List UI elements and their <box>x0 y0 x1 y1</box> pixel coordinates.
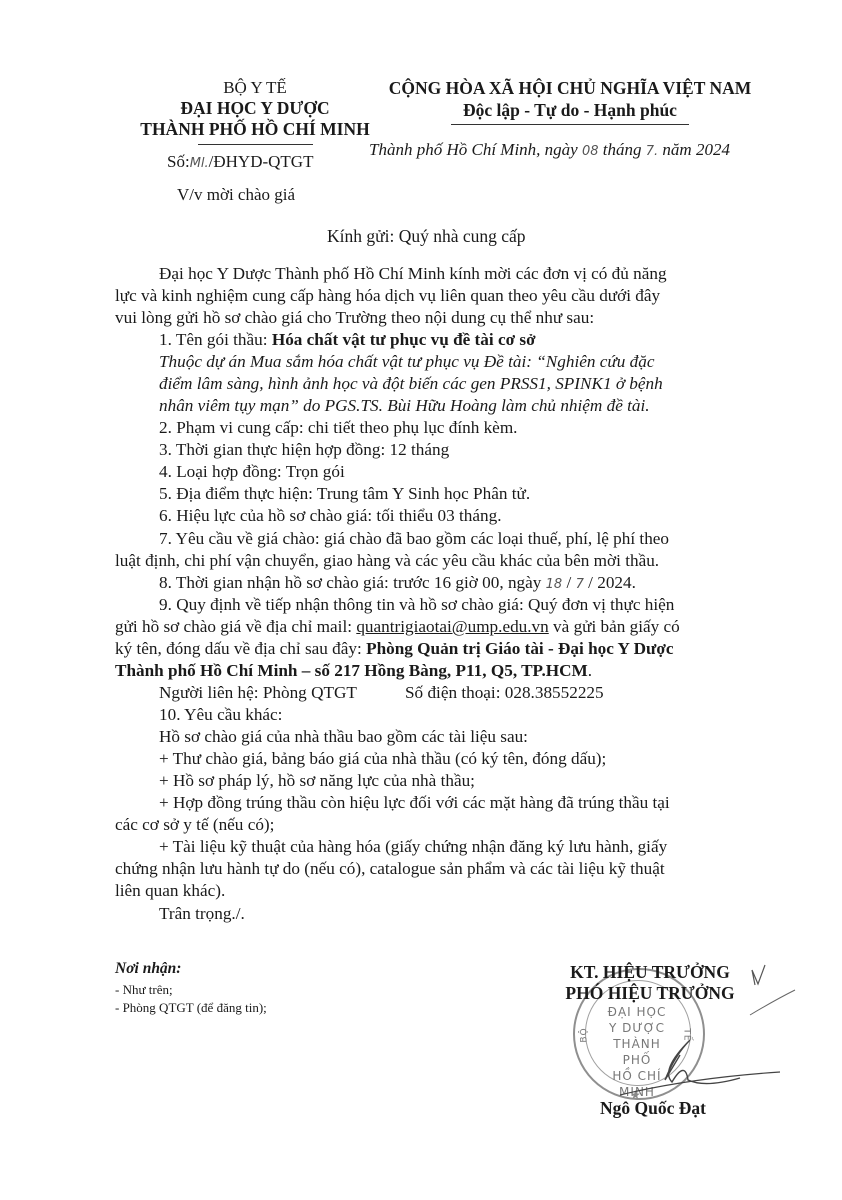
item-7-line-2: luật định, chi phí vận chuyển, giao hàng… <box>115 551 659 570</box>
address-street: Thành phố Hồ Chí Minh – số 217 Hồng Bàng… <box>115 661 588 680</box>
intro-line-1: Đại học Y Dược Thành phố Hồ Chí Minh kín… <box>159 264 667 283</box>
handwritten-number: Ml. <box>190 156 209 171</box>
country-name: CỘNG HÒA XÃ HỘI CHỦ NGHĨA VIỆT NAM <box>360 78 780 99</box>
motto-underline <box>451 124 689 125</box>
item-8: 8. Thời gian nhận hồ sơ chào giá: trước … <box>159 573 636 594</box>
header-right: CỘNG HÒA XÃ HỘI CHỦ NGHĨA VIỆT NAM Độc l… <box>360 78 780 121</box>
item-9-line-1: 9. Quy định về tiếp nhận thông tin và hồ… <box>159 595 674 614</box>
item-10: 10. Yêu cầu khác: <box>159 705 282 724</box>
header-left: BỘ Y TẾ ĐẠI HỌC Y DƯỢC THÀNH PHỐ HỒ CHÍ … <box>130 78 380 140</box>
item-10-intro: Hồ sơ chào giá của nhà thầu bao gồm các … <box>159 727 528 746</box>
item-1-detail-2: điểm lâm sàng, hình ảnh học và đột biến … <box>159 374 663 393</box>
closing: Trân trọng./. <box>159 904 245 923</box>
item-9-line-4: Thành phố Hồ Chí Minh – số 217 Hồng Bàng… <box>115 661 592 680</box>
item-3: 3. Thời gian thực hiện hợp đồng: 12 thán… <box>159 440 449 459</box>
document-number: Số:Ml./ĐHYD-QTGT <box>167 152 313 172</box>
signer-name: Ngô Quốc Đạt <box>600 1098 706 1119</box>
doc-item-4-line-1: + Tài liệu kỹ thuật của hàng hóa (giấy c… <box>159 837 667 856</box>
item-4: 4. Loại hợp đồng: Trọn gói <box>159 462 345 481</box>
handwritten-deadline-month: 7 <box>576 577 584 592</box>
doc-item-3-line-1: + Hợp đồng trúng thầu còn hiệu lực đối v… <box>159 793 670 812</box>
intro-line-2: lực và kinh nghiệm cung cấp hàng hóa dịc… <box>115 286 660 305</box>
item-7-line-1: 7. Yêu cầu về giá chào: giá chào đã bao … <box>159 529 669 548</box>
doc-item-3-line-2: các cơ sở y tế (nếu có); <box>115 815 274 834</box>
item-1: 1. Tên gói thầu: Hóa chất vật tư phục vụ… <box>159 330 536 349</box>
item-1-detail-1: Thuộc dự án Mua sắm hóa chất vật tư phục… <box>159 352 654 371</box>
university-name-line2: THÀNH PHỐ HỒ CHÍ MINH <box>130 119 380 140</box>
handwritten-month: 7. <box>646 144 658 159</box>
package-name: Hóa chất vật tư phục vụ đề tài cơ sở <box>272 330 536 349</box>
university-name-line1: ĐẠI HỌC Y DƯỢC <box>130 98 380 119</box>
doc-item-2: + Hồ sơ pháp lý, hồ sơ năng lực của nhà … <box>159 771 475 790</box>
subject-line: V/v mời chào giá <box>177 185 295 205</box>
item-9-line-2: gửi hồ sơ chào giá về địa chỉ mail: quan… <box>115 617 680 636</box>
email-link[interactable]: quantrigiaotai@ump.edu.vn <box>356 617 548 636</box>
item-6: 6. Hiệu lực của hồ sơ chào giá: tối thiể… <box>159 506 502 525</box>
doc-item-4-line-3: liên quan khác). <box>115 881 225 900</box>
doc-item-4-line-2: chứng nhận lưu hành tự do (nếu có), cata… <box>115 859 665 878</box>
header-left-underline <box>198 144 313 145</box>
stamp-side-left: BỘ <box>580 1027 590 1042</box>
recipient-2: - Phòng QTGT (để đăng tin); <box>115 1000 267 1016</box>
motto: Độc lập - Tự do - Hạnh phúc <box>360 99 780 121</box>
contact-person: Người liên hệ: Phòng QTGT <box>159 683 357 702</box>
intro-line-3: vui lòng gửi hồ sơ chào giá cho Trường t… <box>115 308 594 327</box>
issue-date: Thành phố Hồ Chí Minh, ngày 08 tháng 7. … <box>369 140 730 160</box>
item-2: 2. Phạm vi cung cấp: chi tiết theo phụ l… <box>159 418 517 437</box>
recipients-title: Nơi nhận: <box>115 960 181 978</box>
address-office: Phòng Quản trị Giáo tài - Đại học Y Dược <box>366 639 673 658</box>
handwritten-signature <box>600 960 800 1120</box>
item-5: 5. Địa điểm thực hiện: Trung tâm Y Sinh … <box>159 484 530 503</box>
item-9-line-3: ký tên, đóng dấu về địa chỉ sau đây: Phò… <box>115 639 673 658</box>
contact-phone: Số điện thoại: 028.38552225 <box>405 683 604 702</box>
ministry-name: BỘ Y TẾ <box>130 78 380 98</box>
handwritten-day: 08 <box>582 144 599 159</box>
recipient-1: - Như trên; <box>115 982 173 998</box>
salutation: Kính gửi: Quý nhà cung cấp <box>327 226 526 247</box>
doc-item-1: + Thư chào giá, bảng báo giá của nhà thầ… <box>159 749 606 768</box>
item-1-detail-3: nhân viêm tụy mạn” do PGS.TS. Bùi Hữu Ho… <box>159 396 650 415</box>
handwritten-deadline-day: 18 <box>546 577 563 592</box>
